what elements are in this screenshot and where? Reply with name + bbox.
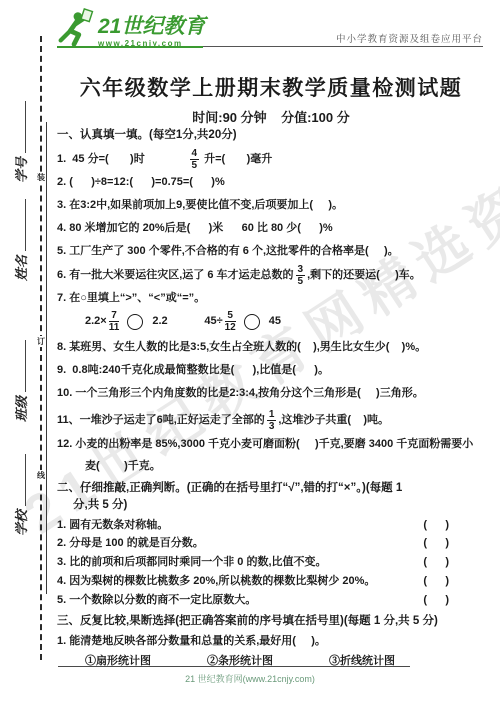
footer-text: 21 世纪教育网(www.21cnjy.com) [0,672,500,685]
question-7-expressions: 2.2×711 2.2 45÷512 45 [57,310,491,333]
question-10: 10. 一个三角形三个内角度数的比是2:3:4,按角分这个三角形是( )三角形。 [57,387,491,401]
logo-text-block: 21世纪教育 www.21cnjy.com [98,8,205,48]
fill-line [24,340,26,392]
question-text: 11、一堆沙子运走了6吨,正好运走了全部的 [57,414,265,428]
judge-text: 2. 分母是 100 的就是百分数。 [57,537,204,551]
question-7: 7. 在○里填上“>”、“<”或“=”。 [57,292,491,306]
judge-item-1: 1. 圆有无数条对称轴。( ) [57,519,491,533]
question-text: 1. 45 分=( )时 [57,153,188,167]
judge-item-4: 4. 因为梨树的棵数比桃数多 20%,所以桃数的棵数比梨树少 20%。( ) [57,575,491,589]
seal-label-class: 班级 [12,331,28,431]
expression-text: 45 [266,315,281,329]
spacer [168,315,205,329]
judge-text: 5. 一个数除以分数的商不一定比原数大。 [57,594,256,608]
logo-underline [57,46,203,48]
fraction: 35 [296,264,306,287]
question-text: ,剩下的还要运( )车。 [307,269,421,283]
platform-text: 中小学教育资源及组卷应用平台 [336,31,483,45]
binding-char-ding: 订 [36,336,46,347]
judge-item-3: 3. 比的前项和后项都同时乘同一个非 0 的数,比值不变。( ) [57,556,491,570]
question-6: 6. 有一批大米要运往灾区,运了 6 车才运走总数的35,剩下的还要运( )车。 [57,264,491,287]
question-text: 升=( )毫升 [201,153,272,167]
question-1: 1. 45 分=( )时 45 升=( )毫升 [57,148,491,171]
header-rule [203,46,483,47]
fill-line [24,199,26,251]
question-8: 8. 某班男、女生人数的比是3:5,女生占全班人数的( ),男生比女生少( )%… [57,341,491,355]
binding-dashed-line [40,36,42,660]
fraction: 711 [109,310,120,333]
seal-label-text: 班级 [11,396,30,422]
question-3: 3. 在3:2中,如果前项加上9,要使比值不变,后项要加上( )。 [57,199,491,213]
expression-text: 45÷ [204,315,222,329]
compare-circle [127,314,143,330]
binding-char-zhuang: 装 [36,172,46,183]
footer-rule [58,666,410,667]
fill-line [24,454,26,506]
answer-bracket: ( ) [423,537,449,551]
question-11: 11、一堆沙子运走了6吨,正好运走了全部的13,这堆沙子共重( )吨。 [57,409,491,432]
question-12-line2: 麦( )千克。 [57,460,491,474]
seal-label-text: 姓名 [11,255,30,281]
question-4: 4. 80 米增加它的 20%后是( )米 60 比 80 少( )% [57,222,491,236]
judge-text: 1. 圆有无数条对称轴。 [57,519,168,533]
logo-title: 21世纪教育 [98,16,205,37]
expression-text: 2.2 [149,315,167,329]
question-5: 5. 工厂生产了 300 个零件,不合格的有 6 个,这批零件的合格率是( )。 [57,245,491,259]
section-1-heading: 一、认真填一填。(每空1分,共20分) [57,128,491,142]
page-title: 六年级数学上册期末教学质量检测试题 [55,72,487,102]
answer-bracket: ( ) [423,519,449,533]
fraction: 512 [225,310,236,333]
exam-body: 一、认真填一填。(每空1分,共20分) 1. 45 分=( )时 45 升=( … [57,128,491,668]
seal-label-school: 学校 [12,445,28,545]
binding-char-xian: 线 [36,470,46,481]
judge-text: 4. 因为梨树的棵数比桃数多 20%,所以桃数的棵数比梨树少 20%。 [57,575,375,589]
judge-text: 3. 比的前项和后项都同时乘同一个非 0 的数,比值不变。 [57,556,327,570]
answer-bracket: ( ) [423,556,449,570]
seal-label-name: 姓名 [12,190,28,290]
judge-item-5: 5. 一个数除以分数的商不一定比原数大。( ) [57,594,491,608]
expression-text: 2.2× [85,315,107,329]
answer-bracket: ( ) [423,594,449,608]
question-2: 2. ( )÷8=12:( )=0.75=( )% [57,176,491,190]
choice-question-1: 1. 能清楚地反映各部分数量和总量的关系,最好用( )。 [57,635,491,649]
seal-label-text: 学号 [11,157,30,183]
section-2-heading-line1: 二、仔细推敲,正确判断。(正确的在括号里打“√”,错的打“×”。)(每题 1 [57,481,491,495]
exam-time-score: 时间:90 分钟 分值:100 分 [55,107,487,126]
fraction: 13 [267,409,277,432]
judge-item-2: 2. 分母是 100 的就是百分数。( ) [57,537,491,551]
fraction: 45 [190,148,200,171]
question-12-line1: 12. 小麦的出粉率是 85%,3000 千克小麦可磨面粉( )千克,要磨 34… [57,438,491,452]
question-text: ,这堆沙子共重( )吨。 [278,414,389,428]
seal-label-text: 学校 [11,510,30,536]
seal-solid-line [46,122,47,594]
question-text: 6. 有一批大米要运往灾区,运了 6 车才运走总数的 [57,269,294,283]
exam-paper-page: 21世纪教育网精选资料 装 订 线 学号 姓名 班级 学校 21世纪教育 www… [0,0,500,707]
section-3-heading: 三、反复比较,果断选择(把正确答案前的序号填在括号里)(每题 1 分,共 5 分… [57,614,491,628]
seal-label-student-number: 学号 [12,92,28,192]
compare-circle [244,314,260,330]
section-2-heading-line2: 分,共 5 分) [57,498,491,512]
question-9: 9. 0.8吨:240千克化成最简整数比是( ),比值是( )。 [57,364,491,378]
fill-line [24,101,26,153]
answer-bracket: ( ) [423,575,449,589]
